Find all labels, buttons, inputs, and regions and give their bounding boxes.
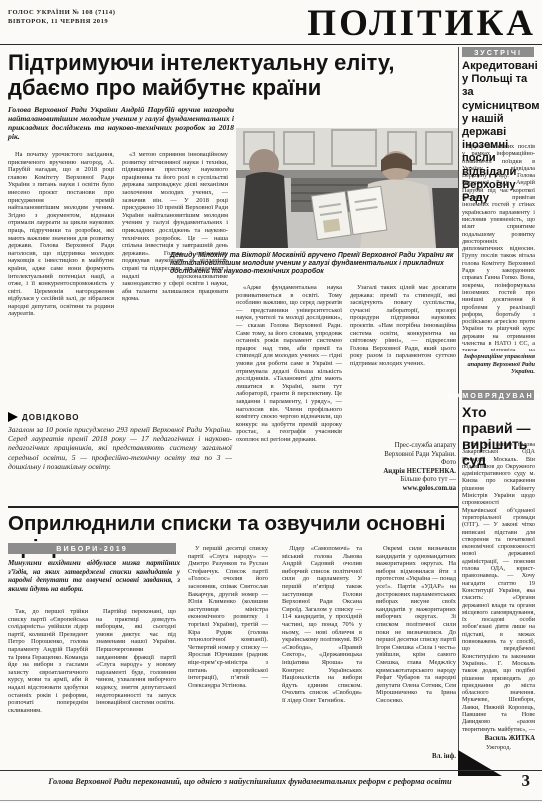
- bottom-rule: [0, 800, 542, 801]
- award-ceremony-photo-graphic: [236, 128, 458, 248]
- elections-column-4: Лідер «Самопомочі» та міський голова Льв…: [282, 545, 362, 766]
- main-body-column-3: «Адже фундаментальна наука розвиватиметь…: [236, 284, 342, 506]
- award-ceremony-photo: [236, 128, 458, 248]
- court-author: Василь ЖИТКА: [462, 735, 535, 742]
- press-byline-block: Прес-служба апарату Верховної Ради Украї…: [350, 442, 456, 494]
- reference-box-header: ДОВІДКОВО: [8, 412, 232, 422]
- photo-caption: Демиду Мілохіну та Вікторії Москвіній вр…: [170, 252, 458, 277]
- elections-column-2: Партійці переконані, що на практиці дове…: [96, 608, 176, 766]
- section-title: ПОЛІТИКА: [307, 2, 536, 45]
- reference-box-kicker: ДОВІДКОВО: [22, 413, 80, 422]
- masthead-date-line: ВІВТОРОК, 11 ЧЕРВНЯ 2019: [8, 18, 115, 27]
- elections-column-3: У першій десятці списку партії «Слуга на…: [188, 545, 268, 766]
- photographer-name: Андрія НЕСТЕРЕНКА.: [350, 468, 456, 477]
- elections-section-rule: [8, 506, 458, 508]
- main-body-column-4: Узагалі таких цілей має досягати держава…: [350, 284, 456, 434]
- press-byline-line: Прес-служба апарату: [350, 442, 456, 451]
- masthead: ГОЛОС УКРАЇНИ № 108 (7114) ВІВТОРОК, 11 …: [8, 9, 115, 26]
- court-body: Про це заявив голова Закарпатської ОДА Г…: [462, 441, 535, 733]
- press-byline-line: Фото: [350, 459, 456, 468]
- elections-kicker-badge: ВИБОРИ-2019: [8, 543, 176, 554]
- elections-column-1: Так, до першої трійки списку партії «Євр…: [8, 608, 88, 766]
- elections-column-5: Окремі сили визначили кандидатів у одном…: [376, 545, 456, 750]
- press-byline-line: Більше фото тут —: [350, 476, 456, 485]
- meetings-byline: Інформаційне управління апарату Верховно…: [462, 353, 535, 376]
- top-rule: [0, 44, 542, 45]
- reference-box-text: Загалом за 10 років присуджено 293 премі…: [8, 425, 232, 471]
- main-body-column-2: «З метою сприяння інноваційному розвитку…: [122, 151, 228, 407]
- pennant-flag-icon: [8, 412, 18, 422]
- court-kicker-badge: САМОВРЯДУВАННЯ: [462, 390, 534, 400]
- elections-byline: Вл. інф.: [376, 753, 456, 760]
- elections-lead: Минулими вихідними відбулася низка парті…: [8, 559, 180, 593]
- website-url: www.golos.com.ua: [350, 485, 456, 494]
- meetings-body: Група іноземних послів у рамках інформац…: [462, 143, 535, 351]
- masthead-issue-line: ГОЛОС УКРАЇНИ № 108 (7114): [8, 9, 115, 18]
- press-byline-line: Верховної Ради України.: [350, 451, 456, 460]
- page-number: 3: [522, 771, 531, 791]
- meetings-kicker-badge: ЗУСТРІЧІ: [462, 47, 534, 57]
- main-body-column-1: На початку урочистого засідання, присвяч…: [8, 151, 114, 407]
- main-lead: Голова Верховної Ради України Андрій Пар…: [8, 105, 234, 141]
- newspaper-page: ГОЛОС УКРАЇНИ № 108 (7114) ВІВТОРОК, 11 …: [0, 0, 542, 803]
- reference-box: ДОВІДКОВО Загалом за 10 років присуджено…: [8, 412, 232, 471]
- footer-quote: Голова Верховної Ради переконаний, що од…: [20, 777, 480, 786]
- footer-rule: [0, 770, 542, 771]
- main-headline: Підтримуючи інтелектуальну еліту, дбаємо…: [8, 50, 408, 100]
- sidebar-divider-rule: [458, 47, 459, 768]
